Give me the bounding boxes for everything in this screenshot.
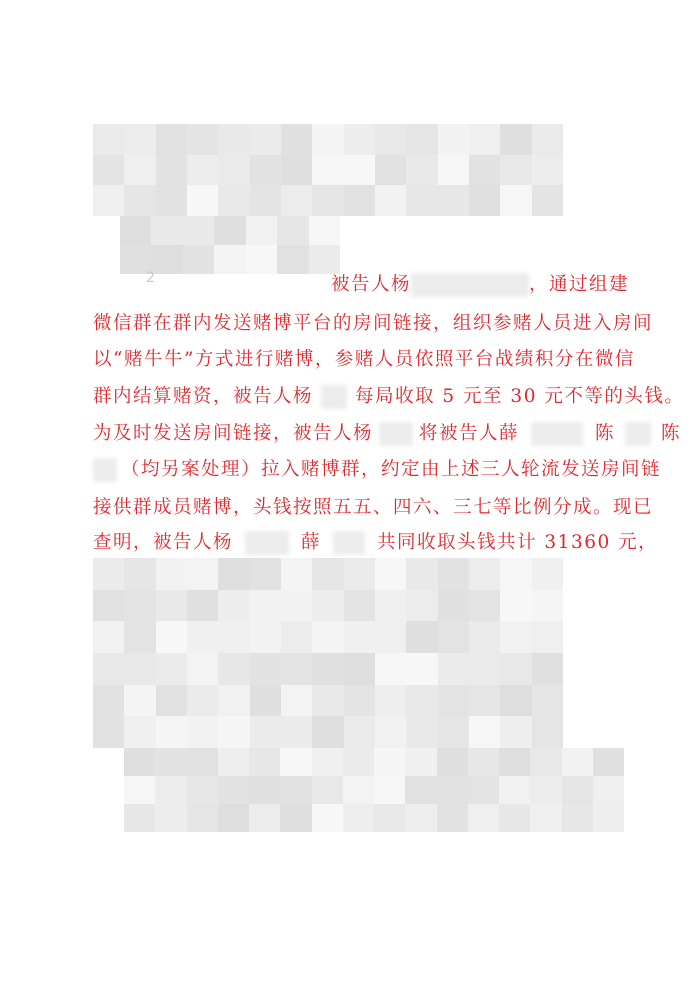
mosaic-tile bbox=[124, 716, 155, 748]
mosaic-tile bbox=[500, 590, 531, 622]
text-segment: 查明，被告人杨 bbox=[93, 529, 233, 557]
mosaic-tile bbox=[124, 685, 155, 717]
mosaic-tile bbox=[312, 716, 343, 748]
mosaic-tile bbox=[469, 716, 500, 748]
mosaic-tile bbox=[562, 776, 593, 804]
mosaic-tile bbox=[469, 558, 500, 590]
text-segment: 薛 bbox=[301, 529, 321, 557]
text-segment: 陈 bbox=[595, 420, 615, 448]
mosaic-tile bbox=[593, 776, 624, 804]
mosaic-tile bbox=[375, 621, 406, 653]
mosaic-tile bbox=[93, 621, 124, 653]
mosaic-tile bbox=[438, 653, 469, 685]
mosaic-tile bbox=[344, 124, 375, 155]
mosaic-tile bbox=[312, 558, 343, 590]
redacted-name bbox=[93, 458, 117, 482]
text-segment: 每局收取 5 元至 30 元不等的头钱。 bbox=[355, 383, 684, 411]
mosaic-tile bbox=[532, 155, 563, 186]
mosaic-tile bbox=[500, 185, 531, 216]
mosaic-tile bbox=[183, 216, 214, 245]
mosaic-tile bbox=[437, 748, 468, 776]
text-line-3: 以“赌牛牛”方式进行赌博，参赌人员依照平台战绩积分在微信 bbox=[93, 346, 663, 374]
mosaic-tile bbox=[344, 653, 375, 685]
mosaic-tile bbox=[438, 621, 469, 653]
mosaic-tile bbox=[374, 804, 405, 832]
mosaic-tile bbox=[124, 776, 155, 804]
mosaic-tile bbox=[406, 621, 437, 653]
mosaic-tile bbox=[438, 124, 469, 155]
mosaic-tile bbox=[469, 685, 500, 717]
mosaic-tile bbox=[249, 748, 280, 776]
mosaic-tile bbox=[438, 185, 469, 216]
mosaic-tile bbox=[406, 558, 437, 590]
mosaic-tile bbox=[187, 558, 218, 590]
text-segment: ，通过组建 bbox=[529, 271, 629, 299]
mosaic-tile bbox=[312, 653, 343, 685]
mosaic-tile bbox=[277, 245, 308, 274]
text-segment: 以“赌牛牛”方式进行赌博，参赌人员依照平台战绩积分在微信 bbox=[93, 346, 635, 374]
mosaic-tile bbox=[280, 748, 311, 776]
redacted-block-bottom bbox=[93, 558, 563, 748]
redacted-block-top bbox=[93, 124, 563, 216]
redacted-name bbox=[411, 273, 529, 297]
mosaic-tile bbox=[187, 185, 218, 216]
mosaic-tile bbox=[187, 716, 218, 748]
mosaic-tile bbox=[438, 685, 469, 717]
mosaic-tile bbox=[187, 155, 218, 186]
mosaic-tile bbox=[249, 776, 280, 804]
mosaic-tile bbox=[246, 245, 277, 274]
mosaic-tile bbox=[124, 590, 155, 622]
mosaic-tile bbox=[312, 155, 343, 186]
mosaic-tile bbox=[281, 124, 312, 155]
mosaic-tile bbox=[530, 804, 561, 832]
mosaic-tile bbox=[214, 245, 245, 274]
mosaic-tile bbox=[93, 685, 124, 717]
mosaic-tile bbox=[532, 185, 563, 216]
mosaic-tile bbox=[500, 558, 531, 590]
mosaic-tile bbox=[406, 590, 437, 622]
mosaic-tile bbox=[375, 590, 406, 622]
mosaic-tile bbox=[214, 216, 245, 245]
mosaic-tile bbox=[499, 804, 530, 832]
mosaic-tile bbox=[344, 621, 375, 653]
mosaic-tile bbox=[187, 804, 218, 832]
mosaic-tile bbox=[218, 558, 249, 590]
mosaic-tile bbox=[187, 685, 218, 717]
mosaic-tile bbox=[124, 621, 155, 653]
mosaic-tile bbox=[562, 748, 593, 776]
mosaic-tile bbox=[343, 776, 374, 804]
mosaic-tile bbox=[438, 716, 469, 748]
mosaic-tile bbox=[93, 124, 124, 155]
mosaic-tile bbox=[155, 776, 186, 804]
mosaic-tile bbox=[93, 558, 124, 590]
mosaic-tile bbox=[406, 185, 437, 216]
mosaic-tile bbox=[281, 185, 312, 216]
mosaic-tile bbox=[468, 776, 499, 804]
mosaic-tile bbox=[218, 804, 249, 832]
mosaic-tile bbox=[406, 716, 437, 748]
mosaic-tile bbox=[344, 185, 375, 216]
mosaic-tile bbox=[250, 590, 281, 622]
mosaic-tile bbox=[124, 124, 155, 155]
mosaic-tile bbox=[500, 716, 531, 748]
mosaic-tile bbox=[93, 590, 124, 622]
mosaic-tile bbox=[532, 653, 563, 685]
mosaic-tile bbox=[469, 155, 500, 186]
mosaic-tile bbox=[438, 590, 469, 622]
mosaic-tile bbox=[468, 804, 499, 832]
redacted-name bbox=[245, 531, 289, 555]
mosaic-tile bbox=[218, 653, 249, 685]
mosaic-tile bbox=[437, 776, 468, 804]
mosaic-tile bbox=[312, 185, 343, 216]
mosaic-tile bbox=[499, 776, 530, 804]
mosaic-tile bbox=[438, 155, 469, 186]
mosaic-tile bbox=[124, 748, 155, 776]
mosaic-tile bbox=[406, 685, 437, 717]
mosaic-tile bbox=[374, 748, 405, 776]
redacted-name bbox=[379, 422, 413, 446]
mosaic-tile bbox=[312, 776, 343, 804]
mosaic-tile bbox=[344, 590, 375, 622]
mosaic-tile bbox=[532, 685, 563, 717]
mosaic-tile bbox=[218, 685, 249, 717]
mosaic-tile bbox=[218, 155, 249, 186]
mosaic-tile bbox=[281, 155, 312, 186]
mosaic-tile bbox=[562, 804, 593, 832]
mosaic-tile bbox=[120, 216, 151, 245]
mosaic-tile bbox=[218, 590, 249, 622]
mosaic-tile bbox=[500, 653, 531, 685]
redacted-block-bottom-2 bbox=[124, 748, 624, 832]
mosaic-tile bbox=[405, 748, 436, 776]
text-line-5: 为及时发送房间链接，被告人杨将被告人薛陈陈 bbox=[93, 420, 663, 448]
mosaic-tile bbox=[469, 653, 500, 685]
mosaic-tile bbox=[593, 748, 624, 776]
mosaic-tile bbox=[93, 716, 124, 748]
mosaic-tile bbox=[468, 748, 499, 776]
mosaic-tile bbox=[151, 216, 182, 245]
mosaic-tile bbox=[155, 748, 186, 776]
mosaic-tile bbox=[343, 748, 374, 776]
text-segment: 接供群成员赌博，头钱按照五五、四六、三七等比例分成。现已 bbox=[93, 494, 653, 522]
mosaic-tile bbox=[312, 748, 343, 776]
mosaic-tile bbox=[277, 216, 308, 245]
mosaic-tile bbox=[156, 621, 187, 653]
mosaic-tile bbox=[280, 776, 311, 804]
text-segment: 被告人杨 bbox=[331, 271, 411, 299]
mosaic-tile bbox=[437, 804, 468, 832]
mosaic-tile bbox=[187, 621, 218, 653]
mosaic-tile bbox=[532, 124, 563, 155]
mosaic-tile bbox=[156, 716, 187, 748]
mosaic-tile bbox=[156, 124, 187, 155]
mosaic-tile bbox=[187, 124, 218, 155]
mosaic-tile bbox=[218, 748, 249, 776]
text-segment: 陈 bbox=[661, 420, 681, 448]
mosaic-tile bbox=[218, 776, 249, 804]
mosaic-tile bbox=[344, 558, 375, 590]
mosaic-tile bbox=[375, 653, 406, 685]
mosaic-tile bbox=[309, 245, 340, 274]
text-line-1: 被告人杨，通过组建 bbox=[93, 271, 663, 299]
mosaic-tile bbox=[93, 653, 124, 685]
mosaic-tile bbox=[155, 804, 186, 832]
mosaic-tile bbox=[469, 621, 500, 653]
mosaic-tile bbox=[469, 124, 500, 155]
mosaic-tile bbox=[250, 621, 281, 653]
document-page: 2 被告人杨，通过组建 微信群在群内发送赌博平台的房间链接，组织参赌人员进入房间… bbox=[0, 0, 700, 989]
mosaic-tile bbox=[187, 776, 218, 804]
mosaic-tile bbox=[93, 185, 124, 216]
mosaic-tile bbox=[530, 748, 561, 776]
mosaic-tile bbox=[312, 804, 343, 832]
mosaic-tile bbox=[250, 155, 281, 186]
mosaic-tile bbox=[124, 653, 155, 685]
redacted-block-top-2 bbox=[120, 216, 340, 274]
mosaic-tile bbox=[218, 621, 249, 653]
text-segment: 为及时发送房间链接，被告人杨 bbox=[93, 420, 373, 448]
mosaic-tile bbox=[124, 558, 155, 590]
mosaic-tile bbox=[375, 155, 406, 186]
mosaic-tile bbox=[500, 155, 531, 186]
redacted-name bbox=[321, 385, 347, 409]
text-line-4: 群内结算赌资，被告人杨每局收取 5 元至 30 元不等的头钱。 bbox=[93, 383, 663, 411]
mosaic-tile bbox=[469, 590, 500, 622]
mosaic-tile bbox=[312, 621, 343, 653]
redacted-name bbox=[531, 422, 583, 446]
mosaic-tile bbox=[156, 653, 187, 685]
mosaic-tile bbox=[280, 804, 311, 832]
mosaic-tile bbox=[156, 185, 187, 216]
mosaic-tile bbox=[281, 558, 312, 590]
text-segment: 共同收取头钱共计 31360 元， bbox=[377, 529, 658, 557]
text-line-2: 微信群在群内发送赌博平台的房间链接，组织参赌人员进入房间 bbox=[93, 310, 663, 338]
mosaic-tile bbox=[405, 804, 436, 832]
mosaic-tile bbox=[124, 185, 155, 216]
mosaic-tile bbox=[156, 685, 187, 717]
mosaic-tile bbox=[281, 590, 312, 622]
mosaic-tile bbox=[250, 124, 281, 155]
mosaic-tile bbox=[250, 185, 281, 216]
mosaic-tile bbox=[218, 185, 249, 216]
text-line-8: 查明，被告人杨薛共同收取头钱共计 31360 元， bbox=[93, 529, 663, 557]
mosaic-tile bbox=[499, 748, 530, 776]
mosaic-tile bbox=[406, 124, 437, 155]
mosaic-tile bbox=[438, 558, 469, 590]
mosaic-tile bbox=[344, 716, 375, 748]
mosaic-tile bbox=[156, 558, 187, 590]
mosaic-tile bbox=[500, 685, 531, 717]
mosaic-tile bbox=[156, 590, 187, 622]
mosaic-tile bbox=[281, 716, 312, 748]
mosaic-tile bbox=[532, 621, 563, 653]
mosaic-tile bbox=[532, 590, 563, 622]
mosaic-tile bbox=[249, 804, 280, 832]
mosaic-tile bbox=[593, 804, 624, 832]
mosaic-tile bbox=[218, 124, 249, 155]
mosaic-tile bbox=[406, 155, 437, 186]
text-segment: 群内结算赌资，被告人杨 bbox=[93, 383, 313, 411]
mosaic-tile bbox=[375, 124, 406, 155]
mosaic-tile bbox=[375, 558, 406, 590]
mosaic-tile bbox=[530, 776, 561, 804]
mosaic-tile bbox=[343, 804, 374, 832]
text-line-7: 接供群成员赌博，头钱按照五五、四六、三七等比例分成。现已 bbox=[93, 494, 663, 522]
mosaic-tile bbox=[344, 685, 375, 717]
mosaic-tile bbox=[375, 685, 406, 717]
mosaic-tile bbox=[156, 155, 187, 186]
mosaic-tile bbox=[312, 124, 343, 155]
mosaic-tile bbox=[312, 685, 343, 717]
mosaic-tile bbox=[500, 621, 531, 653]
mosaic-tile bbox=[281, 685, 312, 717]
mosaic-tile bbox=[405, 776, 436, 804]
mosaic-tile bbox=[124, 804, 155, 832]
text-line-6: （均另案处理）拉入赌博群，约定由上述三人轮流发送房间链 bbox=[93, 456, 663, 484]
mosaic-tile bbox=[469, 185, 500, 216]
mosaic-tile bbox=[183, 245, 214, 274]
mosaic-tile bbox=[500, 124, 531, 155]
mosaic-tile bbox=[218, 716, 249, 748]
mosaic-tile bbox=[532, 558, 563, 590]
mosaic-tile bbox=[312, 590, 343, 622]
mosaic-tile bbox=[187, 590, 218, 622]
redacted-name bbox=[333, 531, 365, 555]
mosaic-tile bbox=[374, 776, 405, 804]
mosaic-tile bbox=[344, 155, 375, 186]
mosaic-tile bbox=[309, 216, 340, 245]
mosaic-tile bbox=[250, 558, 281, 590]
mosaic-tile bbox=[281, 653, 312, 685]
text-segment: （均另案处理）拉入赌博群，约定由上述三人轮流发送房间链 bbox=[121, 456, 661, 484]
mosaic-tile bbox=[246, 216, 277, 245]
mosaic-tile bbox=[250, 653, 281, 685]
mosaic-tile bbox=[187, 748, 218, 776]
mosaic-tile bbox=[406, 653, 437, 685]
text-segment: 微信群在群内发送赌博平台的房间链接，组织参赌人员进入房间 bbox=[93, 310, 653, 338]
text-segment: 将被告人薛 bbox=[419, 420, 519, 448]
mosaic-tile bbox=[281, 621, 312, 653]
mosaic-tile bbox=[532, 716, 563, 748]
mosaic-tile bbox=[250, 716, 281, 748]
mosaic-tile bbox=[250, 685, 281, 717]
mosaic-tile bbox=[93, 155, 124, 186]
mosaic-tile bbox=[151, 245, 182, 274]
redacted-name bbox=[625, 422, 651, 446]
mosaic-tile bbox=[187, 653, 218, 685]
mosaic-tile bbox=[375, 716, 406, 748]
mosaic-tile bbox=[375, 185, 406, 216]
mosaic-tile bbox=[124, 155, 155, 186]
